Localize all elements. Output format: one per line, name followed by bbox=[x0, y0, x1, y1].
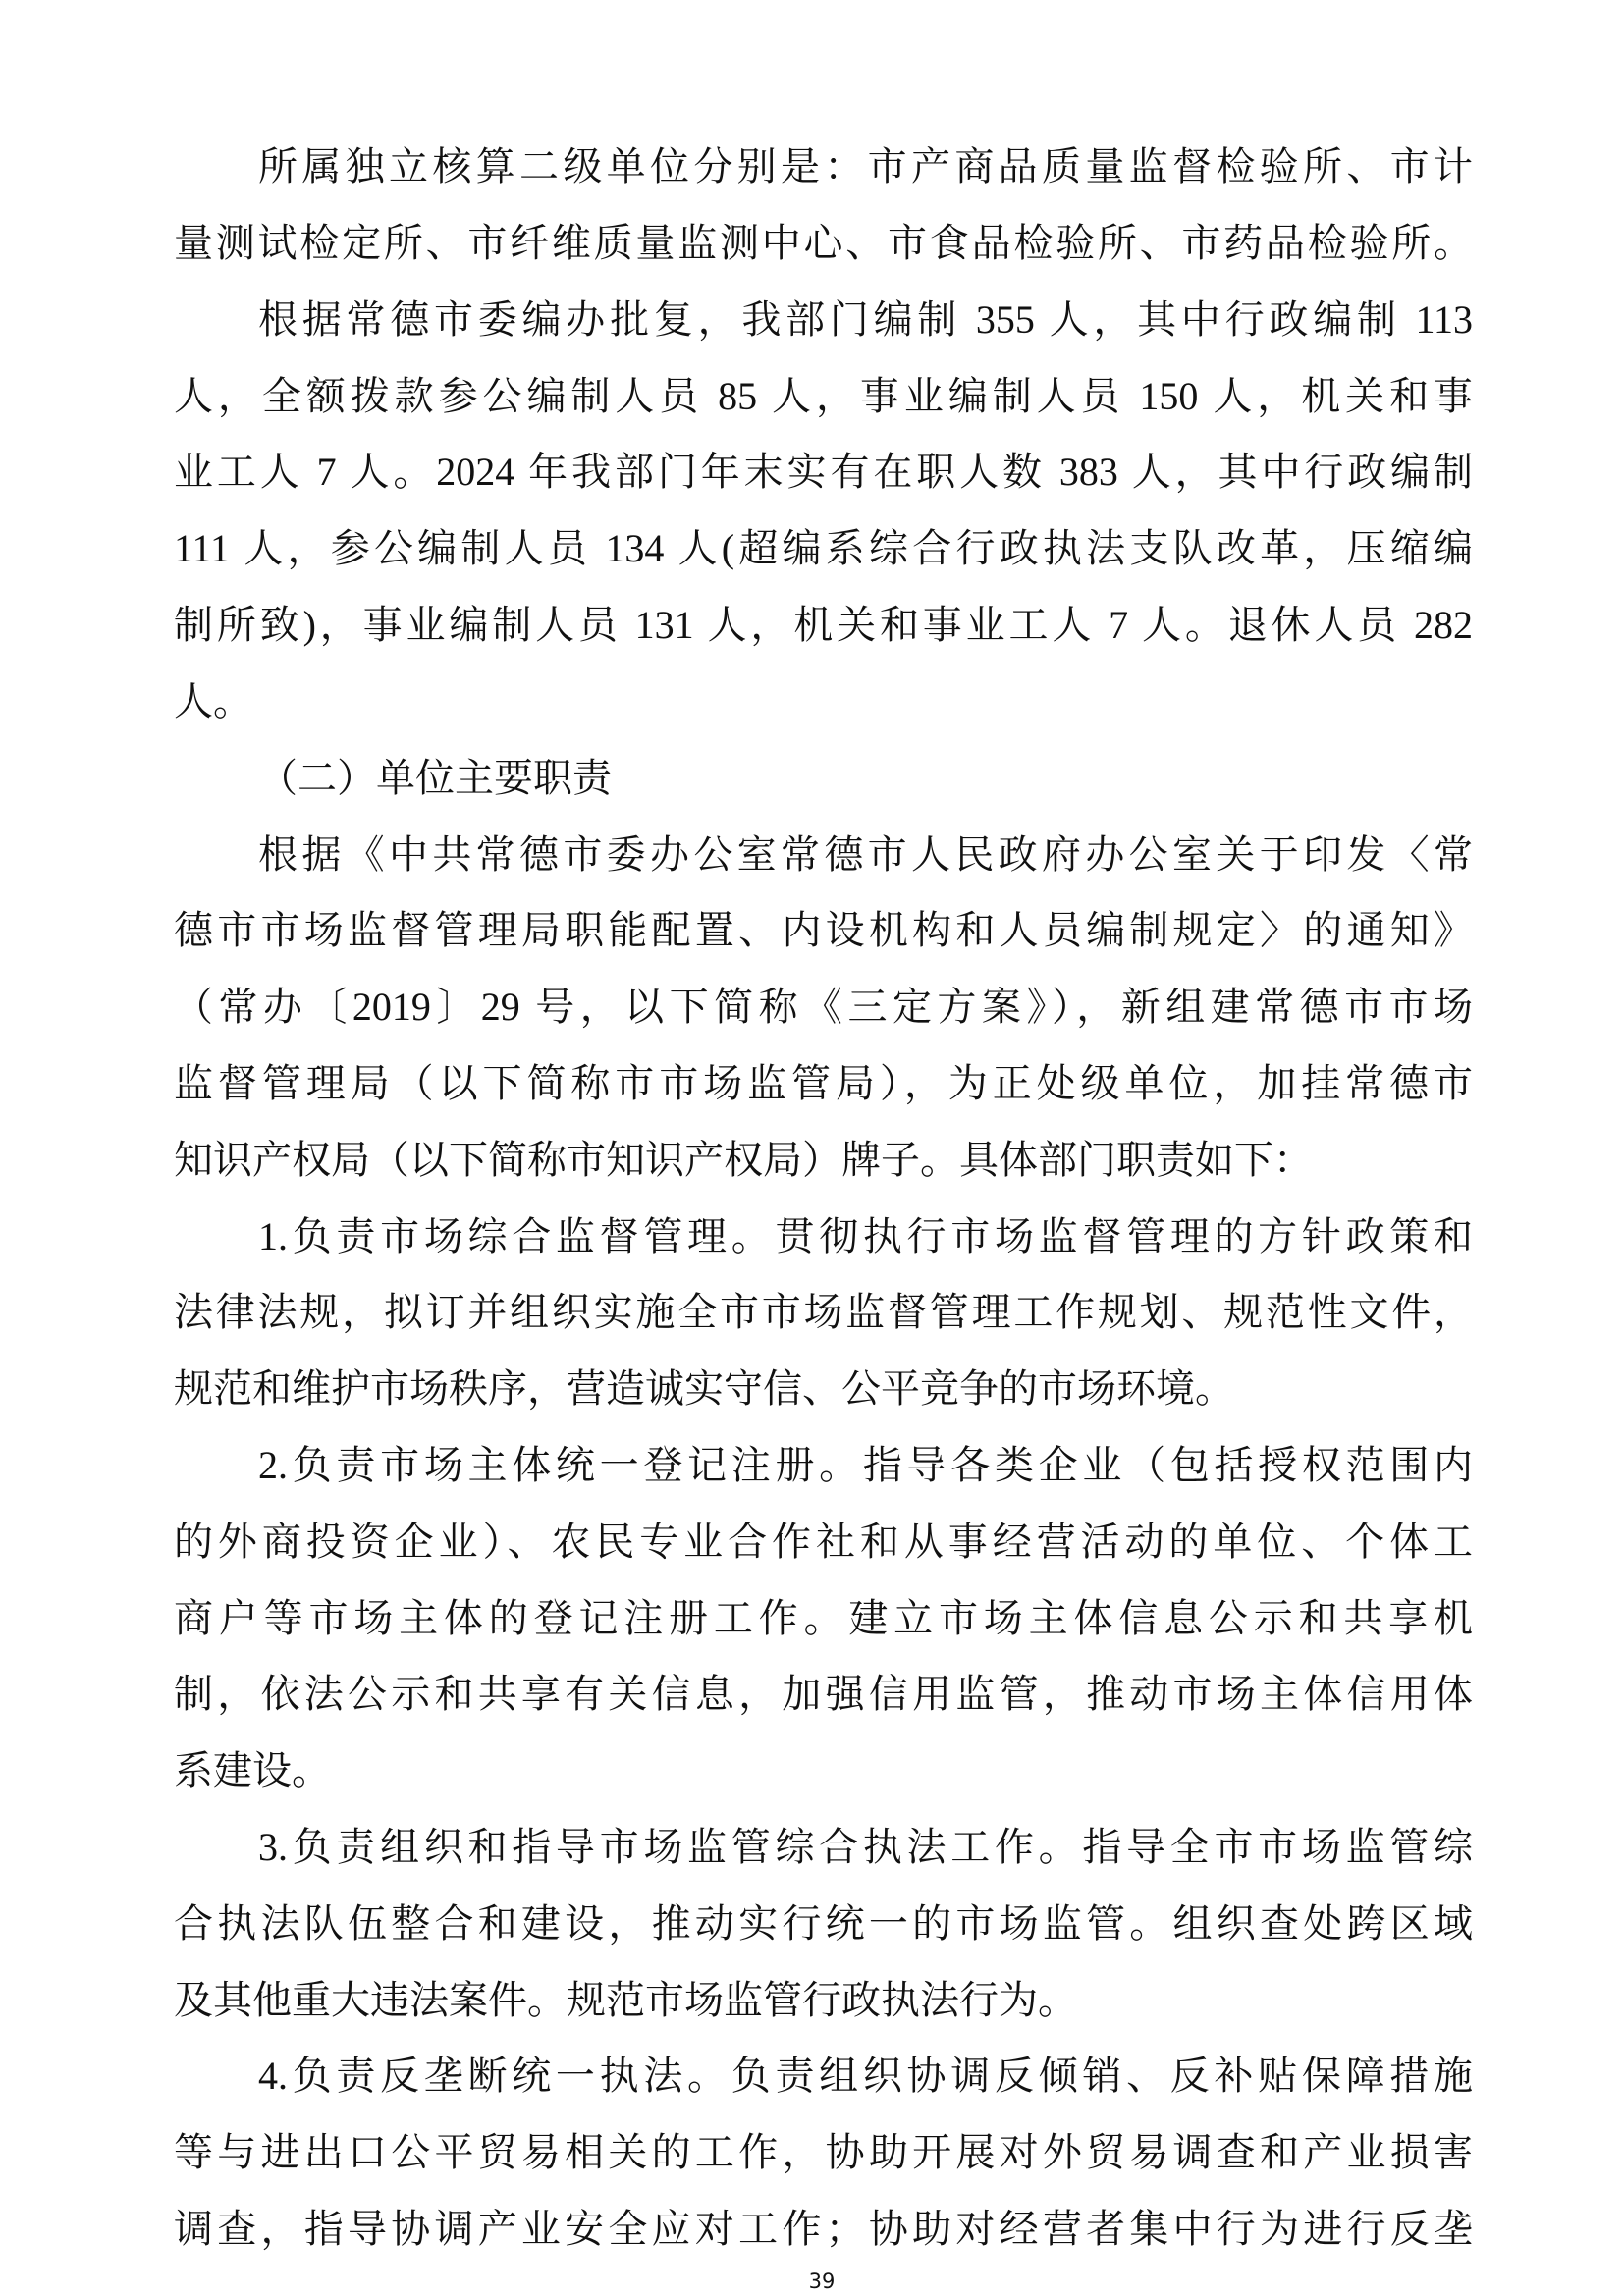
paragraph-line: 所属独立核算二级单位分别是：市产商品质量监督检验所、市计 bbox=[258, 129, 1473, 205]
paragraph-line: 合执法队伍整合和建设，推动实行统一的市场监管。组织查处跨区域 bbox=[174, 1886, 1473, 1962]
paragraph-line: 人，全额拨款参公编制人员 85 人，事业编制人员 150 人，机关和事 bbox=[174, 358, 1473, 435]
paragraph-line: 等与进出口公平贸易相关的工作，协助开展对外贸易调查和产业损害 bbox=[174, 2114, 1473, 2191]
paragraph-line: 2.负责市场主体统一登记注册。指导各类企业（包括授权范围内 bbox=[258, 1427, 1473, 1504]
paragraph-line: 监督管理局（以下简称市市场监管局），为正处级单位，加挂常德市 bbox=[174, 1045, 1473, 1122]
paragraph-line: 量测试检定所、市纤维质量监测中心、市食品检验所、市药品检验所。 bbox=[174, 205, 1473, 282]
paragraph-line: 的外商投资企业）、农民专业合作社和从事经营活动的单位、个体工 bbox=[174, 1504, 1473, 1580]
paragraph-line: 业工人 7 人。2024 年我部门年末实有在职人数 383 人，其中行政编制 bbox=[174, 434, 1473, 510]
paragraph-line: 系建设。 bbox=[174, 1733, 1473, 1809]
paragraph-line: 人。 bbox=[174, 664, 1473, 740]
paragraph-line: 4.负责反垄断统一执法。负责组织协调反倾销、反补贴保障措施 bbox=[258, 2038, 1473, 2114]
paragraph-line: 法律法规，拟订并组织实施全市市场监督管理工作规划、规范性文件， bbox=[174, 1274, 1473, 1351]
paragraph-line: 根据《中共常德市委办公室常德市人民政府办公室关于印发〈常 bbox=[258, 817, 1473, 893]
page-number: 39 bbox=[785, 2269, 858, 2293]
paragraph-line: 3.负责组织和指导市场监管综合执法工作。指导全市市场监管综 bbox=[258, 1809, 1473, 1886]
paragraph-line: 商户等市场主体的登记注册工作。建立市场主体信息公示和共享机 bbox=[174, 1580, 1473, 1657]
paragraph-line: 调查，指导协调产业安全应对工作；协助对经营者集中行为进行反垄 bbox=[174, 2191, 1473, 2268]
paragraph-line: （常办〔2019〕29 号，以下简称《三定方案》），新组建常德市市场 bbox=[174, 969, 1473, 1045]
document-page: 所属独立核算二级单位分别是：市产商品质量监督检验所、市计 量测试检定所、市纤维质… bbox=[0, 0, 1624, 2296]
paragraph-line: 及其他重大违法案件。规范市场监管行政执法行为。 bbox=[174, 1962, 1473, 2039]
section-heading: （二）单位主要职责 bbox=[258, 740, 1473, 817]
paragraph-line: 知识产权局（以下简称市知识产权局）牌子。具体部门职责如下： bbox=[174, 1122, 1473, 1199]
paragraph-line: 1.负责市场综合监督管理。贯彻执行市场监督管理的方针政策和 bbox=[258, 1199, 1473, 1275]
paragraph-line: 根据常德市委编办批复，我部门编制 355 人，其中行政编制 113 bbox=[258, 282, 1473, 358]
paragraph-line: 规范和维护市场秩序，营造诚实守信、公平竞争的市场环境。 bbox=[174, 1351, 1473, 1427]
paragraph-line: 德市市场监督管理局职能配置、内设机构和人员编制规定〉的通知》 bbox=[174, 892, 1473, 969]
paragraph-line: 制所致)，事业编制人员 131 人，机关和事业工人 7 人。退休人员 282 bbox=[174, 587, 1473, 664]
paragraph-line: 制，依法公示和共享有关信息，加强信用监管，推动市场主体信用体 bbox=[174, 1656, 1473, 1733]
paragraph-line: 111 人，参公编制人员 134 人(超编系综合行政执法支队改革，压缩编 bbox=[174, 510, 1473, 587]
